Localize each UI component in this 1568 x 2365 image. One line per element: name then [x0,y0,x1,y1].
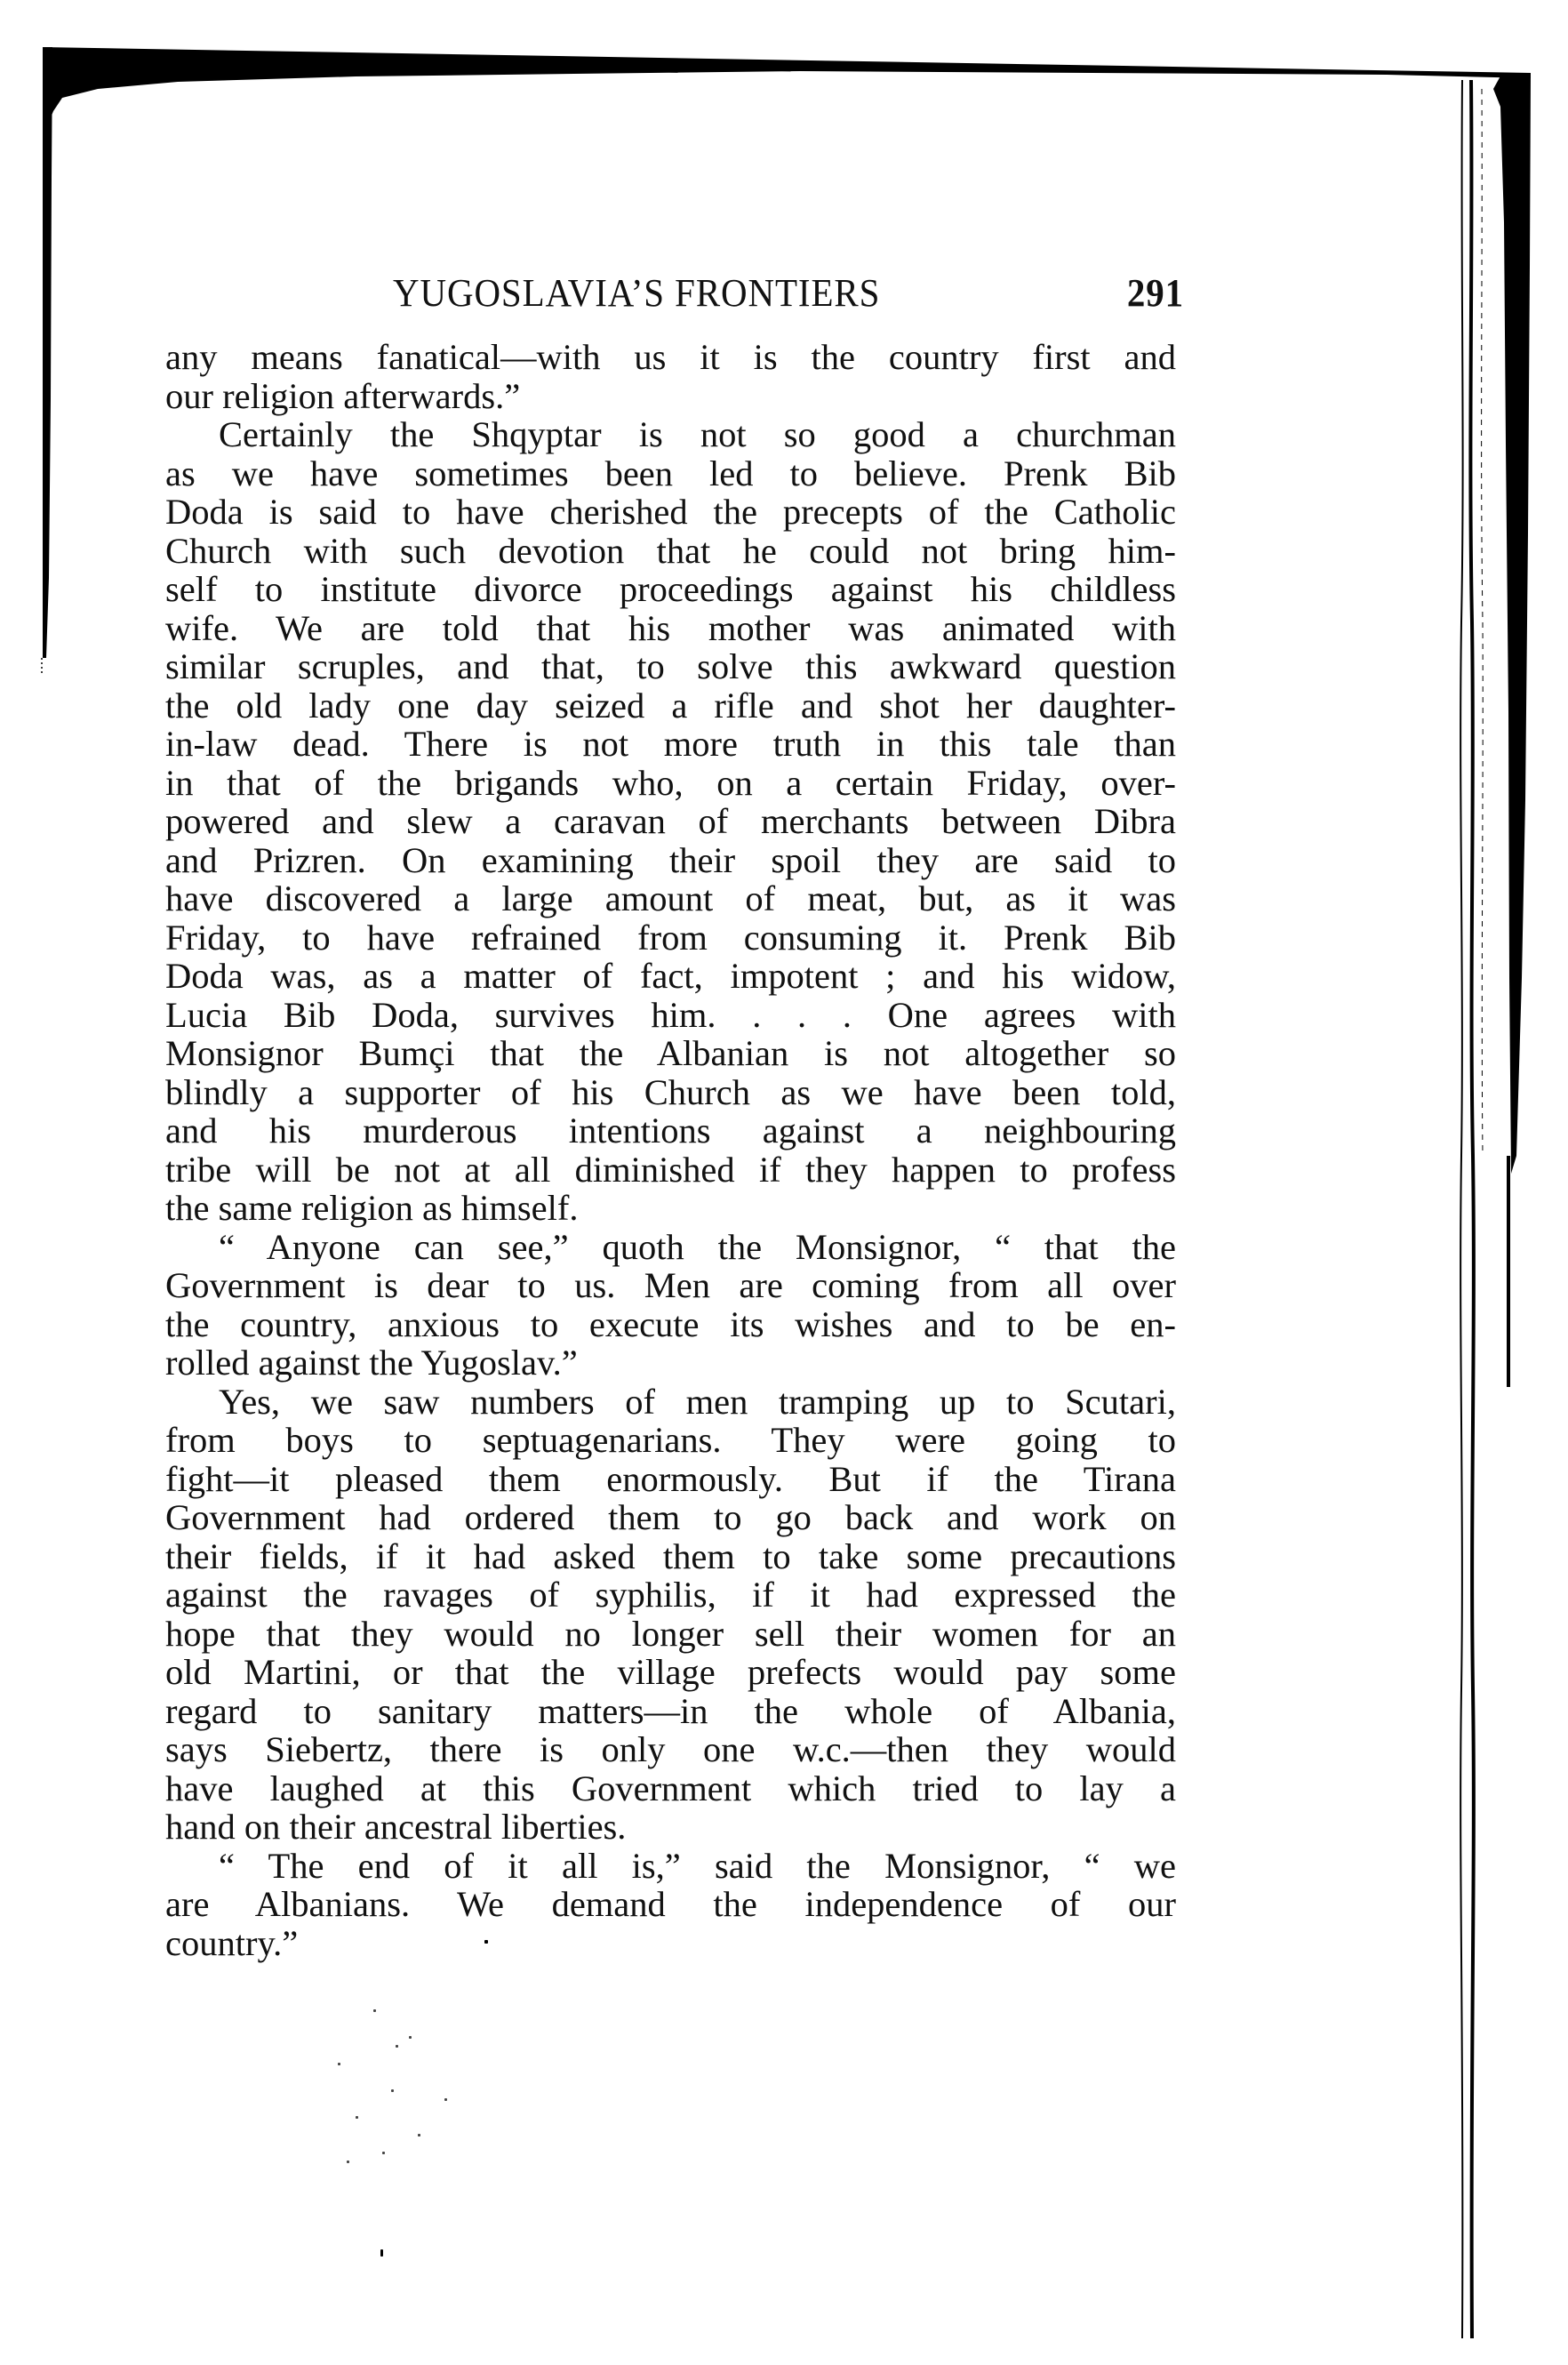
text-line: Doda is said to have cherished the prece… [165,493,1176,532]
text-line: as we have sometimes been led to believe… [165,454,1176,493]
text-line: says Siebertz, there is only one w.c.—th… [165,1730,1176,1769]
text-line: the country, anxious to execute its wish… [165,1305,1176,1344]
text-line: against the ravages of syphilis, if it h… [165,1575,1176,1615]
text-line: the same religion as himself. [165,1189,1176,1228]
running-head-title: YUGOSLAVIA’S FRONTIERS [393,269,880,318]
speckle [338,2063,340,2065]
text-line: self to institute divorce proceedings ag… [165,570,1176,609]
text-line: old Martini, or that the village prefect… [165,1653,1176,1692]
speckle [373,2009,376,2012]
right-edge-shadow [1493,73,1531,1174]
text-line: our religion afterwards.” [165,377,1176,416]
text-line: regard to sanitary matters—in the whole … [165,1692,1176,1731]
page-number: 291 [1127,269,1184,318]
text-line: tribe will be not at all diminished if t… [165,1150,1176,1190]
speckle [396,2045,398,2048]
text-line: in-law dead. There is not more truth in … [165,725,1176,764]
speckle [382,2152,385,2154]
text-line: rolled against the Yugoslav.” [165,1343,1176,1383]
text-line: from boys to septuagenarians. They were … [165,1421,1176,1460]
text-line: “ The end of it all is,” said the Monsig… [165,1847,1176,1886]
text-line: any means fanatical—with us it is the co… [165,338,1176,377]
page-stack-line-2 [1470,80,1473,2338]
text-line: Friday, to have refrained from consuming… [165,918,1176,958]
text-line: Lucia Bib Doda, survives him. . . . One … [165,996,1176,1035]
text-line: have laughed at this Government which tr… [165,1769,1176,1808]
left-edge-shadow [43,47,52,658]
text-line: Doda was, as a matter of fact, impotent … [165,957,1176,996]
text-line: Church with such devotion that he could … [165,532,1176,571]
text-line: Yes, we saw numbers of men tramping up t… [165,1383,1176,1422]
text-line: similar scruples, and that, to solve thi… [165,647,1176,686]
text-line: country.” [165,1924,1176,1963]
running-head: YUGOSLAVIA’S FRONTIERS 291 [393,269,1131,318]
speckle [347,2161,349,2163]
text-line: are Albanians. We demand the independenc… [165,1885,1176,1924]
text-line: powered and slew a caravan of merchants … [165,802,1176,841]
text-line: Government had ordered them to go back a… [165,1498,1176,1537]
text-line: Monsignor Bumçi that the Albanian is not… [165,1034,1176,1073]
speckle [356,2116,358,2119]
text-line: hand on their ancestral liberties. [165,1808,1176,1847]
text-line: Government is dear to us. Men are coming… [165,1266,1176,1305]
text-line: in that of the brigands who, on a certai… [165,764,1176,803]
text-line: have discovered a large amount of meat, … [165,879,1176,918]
body-text: any means fanatical—with us it is the co… [165,338,1176,1962]
text-line: hope that they would no longer sell thei… [165,1615,1176,1654]
speckle [380,2249,383,2257]
text-line: wife. We are told that his mother was an… [165,609,1176,648]
text-line: “ Anyone can see,” quoth the Monsignor, … [165,1228,1176,1267]
text-line: fight—it pleased them enormously. But if… [165,1460,1176,1499]
text-line: and his murderous intentions against a n… [165,1111,1176,1150]
page-stack-line-3 [1482,89,1484,1156]
speckle [418,2134,420,2137]
text-line: blindly a supporter of his Church as we … [165,1073,1176,1112]
page-stack-line-1 [1460,80,1462,2338]
text-line: and Prizren. On examining their spoil th… [165,841,1176,880]
speckle [444,2098,447,2101]
speckle [409,2036,412,2039]
top-edge-shadow [43,47,1531,116]
text-line: the old lady one day seized a rifle and … [165,686,1176,726]
text-line: Certainly the Shqyptar is not so good a … [165,415,1176,454]
speckle [391,2089,394,2092]
text-line: their fields, if it had asked them to ta… [165,1537,1176,1576]
